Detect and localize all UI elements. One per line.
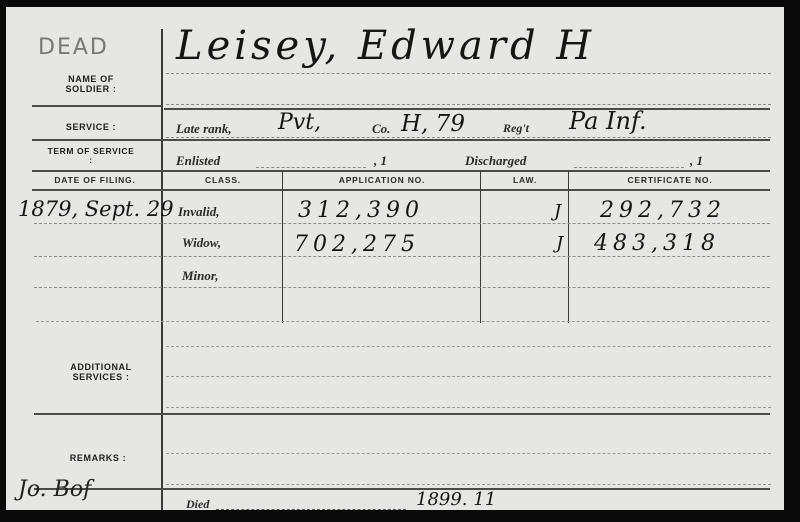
died-label: Died	[186, 497, 209, 510]
remarks-line-2	[166, 484, 771, 485]
regt-label: Reg't	[503, 121, 529, 136]
service-text: SERVICE :	[66, 122, 116, 132]
name-line-1	[166, 73, 771, 74]
co-value: H, 79	[401, 111, 465, 137]
col-divider-law	[480, 171, 481, 323]
divider-name-service	[32, 105, 162, 107]
row-line-3	[34, 287, 770, 288]
bottom-left-handwriting: Jo. Bof	[18, 477, 91, 502]
remarks-line-1	[166, 453, 771, 454]
application-no-header: APPLICATION NO.	[284, 175, 480, 185]
discharged-label: Discharged	[465, 153, 526, 169]
col-divider-certificate	[568, 171, 569, 323]
died-year-value: 1899. 11	[416, 489, 496, 510]
row-widow-class: Widow,	[182, 235, 221, 251]
row-invalid-certificate: 292,732	[600, 198, 726, 223]
name-of-soldier-label: NAME OF SOLDIER :	[46, 74, 136, 94]
row-invalid-class: Invalid,	[178, 204, 220, 220]
service-label: SERVICE :	[46, 122, 136, 132]
col-divider-application	[282, 171, 283, 323]
row-widow-law: J	[556, 233, 563, 254]
service-line	[166, 137, 771, 138]
additional-services-label: ADDITIONAL SERVICES :	[46, 362, 156, 382]
table-header-underline	[32, 189, 770, 191]
additional-line-3	[166, 407, 771, 408]
law-header: LAW.	[482, 175, 568, 185]
remarks-text: REMARKS :	[70, 453, 126, 463]
row-invalid-application: 312,390	[298, 198, 424, 223]
row-line-2	[34, 256, 770, 257]
late-rank-value: Pvt,	[278, 110, 321, 135]
additional-services-text: ADDITIONAL SERVICES :	[70, 362, 132, 382]
date-of-filing-header: DATE OF FILING.	[30, 175, 160, 185]
row-line-4	[36, 321, 770, 322]
soldier-name-value: Leisey, Edward H	[176, 23, 595, 69]
divider-name-service-right	[164, 108, 770, 110]
term-line-2	[574, 167, 684, 168]
divider-remarks-bottom	[34, 488, 770, 490]
row-widow-certificate: 483,318	[594, 231, 720, 256]
co-label: Co.	[372, 121, 390, 137]
additional-line-2	[166, 376, 771, 377]
additional-line-1	[166, 346, 771, 347]
regt-value: Pa Inf.	[569, 107, 647, 135]
remarks-label: REMARKS :	[58, 453, 138, 463]
divider-additional-remarks	[34, 413, 770, 415]
late-rank-label: Late rank,	[176, 121, 232, 137]
discharged-year: , 1	[690, 153, 703, 169]
died-line	[216, 509, 406, 510]
class-header: CLASS.	[164, 175, 282, 185]
term-of-service-text: TERM OF SERVICE :	[48, 146, 135, 165]
divider-service-term	[32, 139, 770, 141]
dead-stamp: DEAD	[38, 35, 109, 60]
enlisted-year: , 1	[374, 153, 387, 169]
certificate-no-header: CERTIFICATE NO.	[570, 175, 770, 185]
divider-term-table	[32, 170, 770, 172]
row-minor-class: Minor,	[182, 268, 219, 284]
name-line-2	[166, 104, 771, 105]
date-of-filing-value: 1879, Sept. 29	[18, 197, 174, 221]
term-of-service-label: TERM OF SERVICE :	[46, 147, 136, 165]
pension-index-card: DEAD NAME OF SOLDIER : Leisey, Edward H …	[6, 7, 784, 510]
name-of-soldier-text: NAME OF SOLDIER :	[66, 74, 117, 94]
row-invalid-law: J	[554, 201, 561, 222]
label-column-divider	[161, 29, 163, 510]
row-widow-application: 702,275	[294, 232, 420, 257]
enlisted-label: Enlisted	[176, 153, 220, 169]
term-line-1	[256, 167, 366, 168]
row-line-1	[34, 223, 770, 224]
